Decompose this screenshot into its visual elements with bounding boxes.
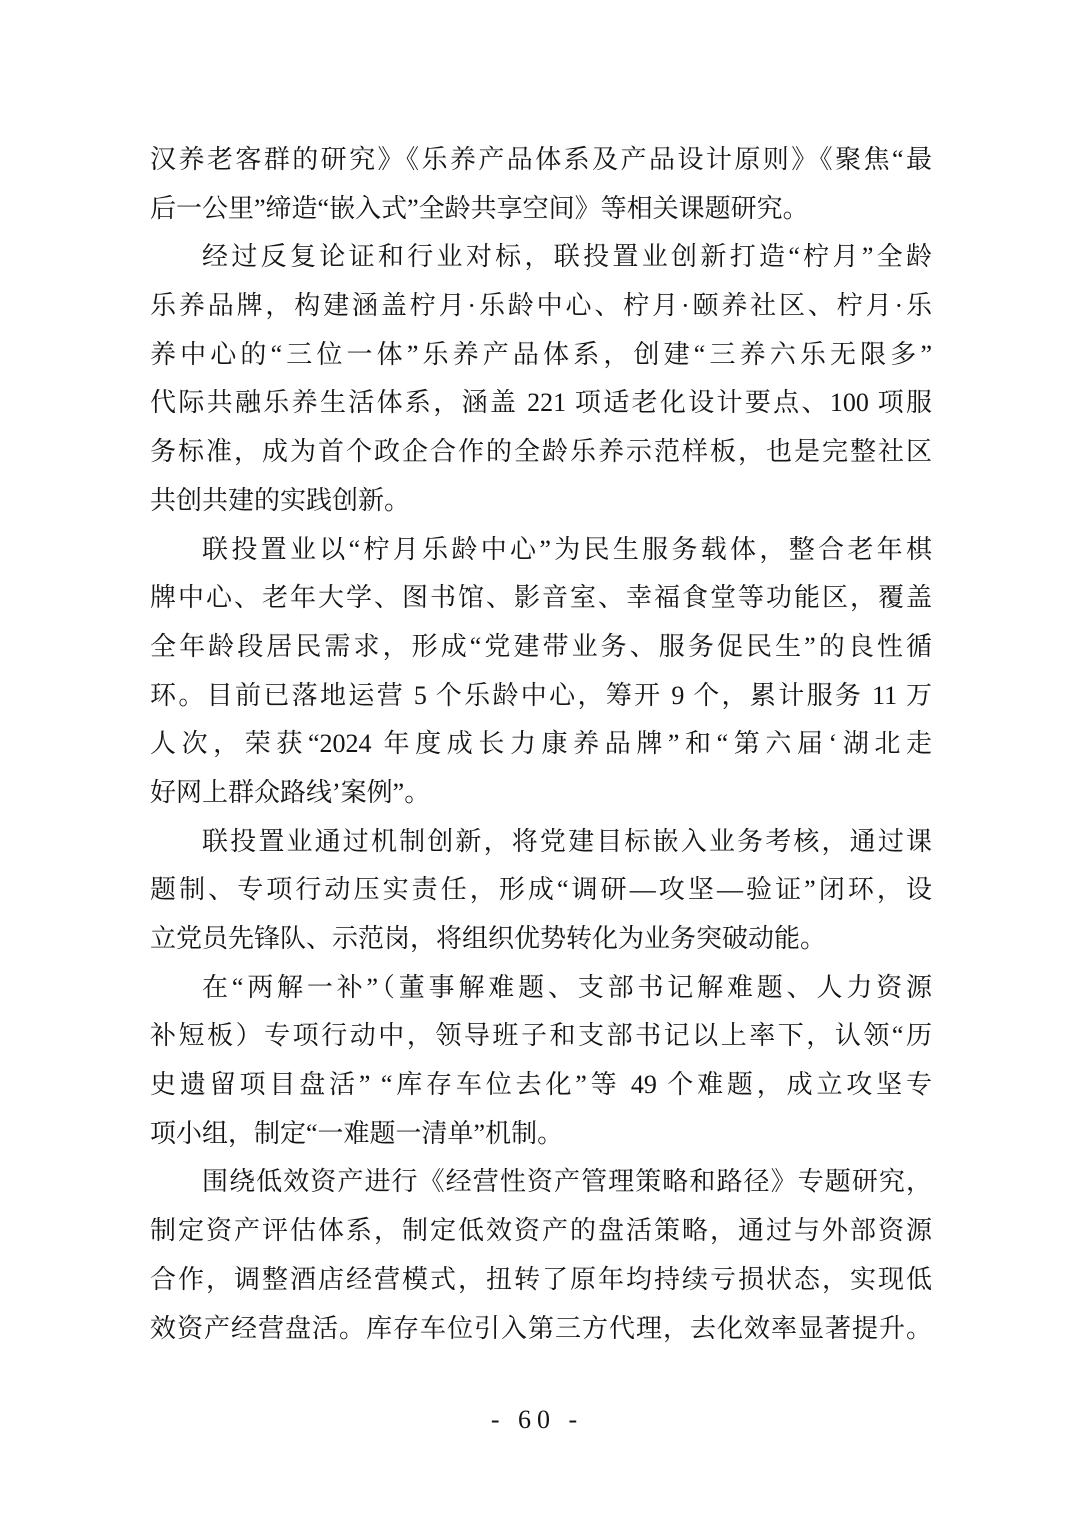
- paragraph: 联投置业以“柠月乐龄中心”为民生服务载体，整合老年棋牌中心、老年大学、图书馆、影…: [150, 526, 932, 818]
- text-line: 代际共融乐养生活体系，涵盖 221 项适老化设计要点、100 项服: [150, 379, 932, 428]
- text-line: 联投置业通过机制创新，将党建目标嵌入业务考核，通过课: [150, 818, 932, 867]
- text-line: 共创共建的实践创新。: [150, 477, 932, 526]
- text-line: 环。目前已落地运营 5 个乐龄中心，筹开 9 个，累计服务 11 万: [150, 672, 932, 721]
- text-line: 围绕低效资产进行《经营性资产管理策略和路径》专题研究，: [150, 1158, 932, 1207]
- text-line: 立党员先锋队、示范岗，将组织优势转化为业务突破动能。: [150, 915, 932, 964]
- text-line: 题制、专项行动压实责任，形成“调研—攻坚—验证”闭环，设: [150, 866, 932, 915]
- text-line: 汉养老客群的研究》《乐养产品体系及产品设计原则》《聚焦“最: [150, 136, 932, 185]
- text-line: 养中心的“三位一体”乐养产品体系，创建“三养六乐无限多”: [150, 331, 932, 380]
- document-page: 汉养老客群的研究》《乐养产品体系及产品设计原则》《聚焦“最后一公里”缔造“嵌入式…: [0, 0, 1074, 1520]
- text-line: 人次，荣获“2024 年度成长力康养品牌”和“第六届‘湖北走: [150, 720, 932, 769]
- paragraph: 围绕低效资产进行《经营性资产管理策略和路径》专题研究，制定资产评估体系，制定低效…: [150, 1158, 932, 1353]
- text-line: 牌中心、老年大学、图书馆、影音室、幸福食堂等功能区，覆盖: [150, 574, 932, 623]
- text-line: 在“两解一补”（董事解难题、支部书记解难题、人力资源: [150, 964, 932, 1013]
- paragraph: 联投置业通过机制创新，将党建目标嵌入业务考核，通过课题制、专项行动压实责任，形成…: [150, 818, 932, 964]
- text-line: 制定资产评估体系，制定低效资产的盘活策略，通过与外部资源: [150, 1207, 932, 1256]
- text-line: 后一公里”缔造“嵌入式”全龄共享空间》等相关课题研究。: [150, 185, 932, 234]
- paragraph: 经过反复论证和行业对标，联投置业创新打造“柠月”全龄乐养品牌，构建涵盖柠月·乐龄…: [150, 233, 932, 525]
- text-line: 联投置业以“柠月乐龄中心”为民生服务载体，整合老年棋: [150, 526, 932, 575]
- text-line: 好网上群众路线’案例”。: [150, 769, 932, 818]
- text-line: 项小组，制定“一难题一清单”机制。: [150, 1110, 932, 1159]
- paragraph: 在“两解一补”（董事解难题、支部书记解难题、人力资源补短板）专项行动中，领导班子…: [150, 964, 932, 1159]
- text-line: 效资产经营盘活。库存车位引入第三方代理，去化效率显著提升。: [150, 1305, 932, 1354]
- text-line: 合作，调整酒店经营模式，扭转了原年均持续亏损状态，实现低: [150, 1256, 932, 1305]
- page-number: - 60 -: [0, 1405, 1074, 1435]
- text-line: 经过反复论证和行业对标，联投置业创新打造“柠月”全龄: [150, 233, 932, 282]
- text-line: 务标准，成为首个政企合作的全龄乐养示范样板，也是完整社区: [150, 428, 932, 477]
- text-line: 补短板）专项行动中，领导班子和支部书记以上率下，认领“历: [150, 1012, 932, 1061]
- text-line: 史遗留项目盘活” “库存车位去化”等 49 个难题，成立攻坚专: [150, 1061, 932, 1110]
- document-body: 汉养老客群的研究》《乐养产品体系及产品设计原则》《聚焦“最后一公里”缔造“嵌入式…: [150, 136, 932, 1353]
- text-line: 乐养品牌，构建涵盖柠月·乐龄中心、柠月·颐养社区、柠月·乐: [150, 282, 932, 331]
- paragraph: 汉养老客群的研究》《乐养产品体系及产品设计原则》《聚焦“最后一公里”缔造“嵌入式…: [150, 136, 932, 233]
- text-line: 全年龄段居民需求，形成“党建带业务、服务促民生”的良性循: [150, 623, 932, 672]
